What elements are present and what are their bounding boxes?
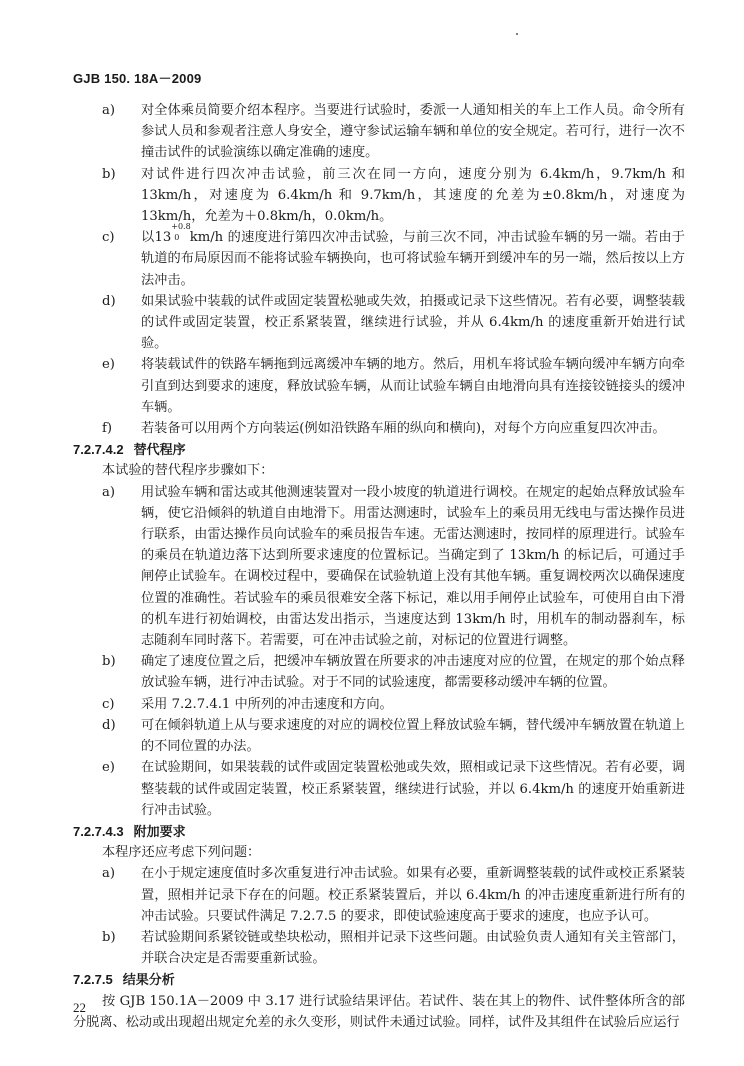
alternative-list: a) 用试验车辆和雷达或其他测速装置对一段小坡度的轨道进行调校。在规定的起始点释… bbox=[102, 482, 685, 821]
item-marker: d) bbox=[102, 715, 132, 736]
extra-item-b: b) 若试验期间系紧铰链或垫块松动，照相并记录下这些问题。由试验负责人通知有关主… bbox=[102, 927, 685, 969]
procedure-item-b: b) 对试件进行四次冲击试验，前三次在同一方向，速度分别为 6.4km/h，9.… bbox=[102, 164, 685, 228]
item-marker: b) bbox=[102, 164, 132, 185]
item-marker: e) bbox=[102, 757, 132, 778]
procedure-item-c: c) 以13+0.80 km/h 的速度进行第四次冲击试验，与前三次不同，冲击试… bbox=[102, 227, 685, 291]
section-heading-additional: 7.2.7.4.3附加要求 bbox=[73, 821, 685, 842]
procedure-item-f: f) 若装备可以用两个方向装运(例如沿铁路车厢的纵向和横向)，对每个方向应重复四… bbox=[102, 418, 685, 439]
item-marker: d) bbox=[102, 291, 132, 312]
procedure-item-d: d) 如果试验中装载的试件或固定装置松驰或失效，拍摄或记录下这些情况。若有必要，… bbox=[102, 291, 685, 355]
item-marker: e) bbox=[102, 354, 132, 375]
section-number: 7.2.7.4.3 bbox=[73, 821, 124, 842]
results-paragraph: 按 GJB 150.1A－2009 中 3.17 进行试验结果评估。若试件、装在… bbox=[73, 991, 685, 1033]
alt-item-e: e) 在试验期间，如果装载的试件或固定装置松弛或失效，照相或记录下这些情况。若有… bbox=[102, 757, 685, 821]
item-text: 在小于规定速度值时多次重复进行冲击试验。如果有必要，重新调整装载的试件或校正系紧… bbox=[141, 866, 685, 923]
section-intro: 本程序还应考虑下列问题： bbox=[73, 842, 685, 863]
section-title: 替代程序 bbox=[134, 442, 186, 457]
page-number: 22 bbox=[73, 1000, 86, 1016]
section-number: 7.2.7.4.2 bbox=[73, 439, 124, 460]
tolerance-upper: +0.8 bbox=[171, 223, 190, 231]
item-marker: a) bbox=[102, 100, 132, 121]
item-text: 可在倾斜轨道上从与要求速度的对应的调校位置上释放试验车辆，替代缓冲车辆放置在轨道… bbox=[141, 718, 685, 754]
item-text: 确定了速度位置之后，把缓冲车辆放置在所要求的冲击速度对应的位置，在规定的那个始点… bbox=[141, 654, 685, 690]
tolerance-lower: 0 bbox=[174, 234, 179, 242]
alt-item-c: c) 采用 7.2.7.4.1 中所列的冲击速度和方向。 bbox=[102, 694, 685, 715]
item-marker: c) bbox=[102, 694, 132, 715]
section-number: 7.2.7.5 bbox=[73, 969, 113, 990]
section-heading-results: 7.2.7.5结果分析 bbox=[73, 969, 685, 990]
item-text: 若装备可以用两个方向装运(例如沿铁路车厢的纵向和横向)，对每个方向应重复四次冲击… bbox=[141, 421, 666, 436]
item-text: 对全体乘员简要介绍本程序。当要进行试验时，委派一人通知相关的车上工作人员。命令所… bbox=[141, 103, 685, 160]
item-text: 采用 7.2.7.4.1 中所列的冲击速度和方向。 bbox=[141, 697, 393, 712]
additional-list: a) 在小于规定速度值时多次重复进行冲击试验。如果有必要，重新调整装载的试件或校… bbox=[102, 863, 685, 969]
procedure-list: a) 对全体乘员简要介绍本程序。当要进行试验时，委派一人通知相关的车上工作人员。… bbox=[102, 100, 685, 439]
item-text: 在试验期间，如果装载的试件或固定装置松弛或失效，照相或记录下这些情况。若有必要，… bbox=[141, 760, 685, 817]
item-text: km/h 的速度进行第四次冲击试验，与前三次不同，冲击试验车辆的另一端。若由于轨… bbox=[141, 230, 685, 287]
item-text: 如果试验中装载的试件或固定装置松驰或失效，拍摄或记录下这些情况。若有必要，调整装… bbox=[141, 294, 685, 351]
alt-item-d: d) 可在倾斜轨道上从与要求速度的对应的调校位置上释放试验车辆，替代缓冲车辆放置… bbox=[102, 715, 685, 757]
scan-speck bbox=[516, 33, 518, 35]
section-intro: 本试验的替代程序步骤如下： bbox=[73, 460, 685, 481]
item-marker: a) bbox=[102, 863, 132, 884]
alt-item-a: a) 用试验车辆和雷达或其他测速装置对一段小坡度的轨道进行调校。在规定的起始点释… bbox=[102, 482, 685, 652]
item-marker: c) bbox=[102, 227, 132, 248]
section-title: 结果分析 bbox=[123, 972, 175, 987]
item-text: 用试验车辆和雷达或其他测速装置对一段小坡度的轨道进行调校。在规定的起始点释放试验… bbox=[141, 485, 685, 648]
item-marker: b) bbox=[102, 927, 132, 948]
section-title: 附加要求 bbox=[134, 824, 186, 839]
procedure-item-e: e) 将装载试件的铁路车辆拖到远离缓冲车辆的地方。然后，用机车将试验车辆向缓冲车… bbox=[102, 354, 685, 418]
item-marker: f) bbox=[102, 418, 132, 439]
item-text: 将装载试件的铁路车辆拖到远离缓冲车辆的地方。然后，用机车将试验车辆向缓冲车辆方向… bbox=[141, 357, 685, 414]
alt-item-b: b) 确定了速度位置之后，把缓冲车辆放置在所要求的冲击速度对应的位置，在规定的那… bbox=[102, 651, 685, 693]
standard-header: GJB 150. 18A－2009 bbox=[73, 68, 201, 87]
page-body: a) 对全体乘员简要介绍本程序。当要进行试验时，委派一人通知相关的车上工作人员。… bbox=[73, 100, 685, 1033]
item-text-prefix: 以13 bbox=[141, 230, 171, 245]
item-text: 对试件进行四次冲击试验，前三次在同一方向，速度分别为 6.4km/h，9.7km… bbox=[141, 167, 685, 224]
item-marker: a) bbox=[102, 482, 132, 503]
document-page: GJB 150. 18A－2009 a) 对全体乘员简要介绍本程序。当要进行试验… bbox=[0, 0, 744, 1066]
extra-item-a: a) 在小于规定速度值时多次重复进行冲击试验。如果有必要，重新调整装载的试件或校… bbox=[102, 863, 685, 927]
section-heading-alternative: 7.2.7.4.2替代程序 bbox=[73, 439, 685, 460]
item-text: 若试验期间系紧铰链或垫块松动，照相并记录下这些问题。由试验负责人通知有关主管部门… bbox=[141, 930, 685, 966]
procedure-item-a: a) 对全体乘员简要介绍本程序。当要进行试验时，委派一人通知相关的车上工作人员。… bbox=[102, 100, 685, 164]
tolerance-notation: +0.80 bbox=[171, 231, 185, 241]
item-marker: b) bbox=[102, 651, 132, 672]
